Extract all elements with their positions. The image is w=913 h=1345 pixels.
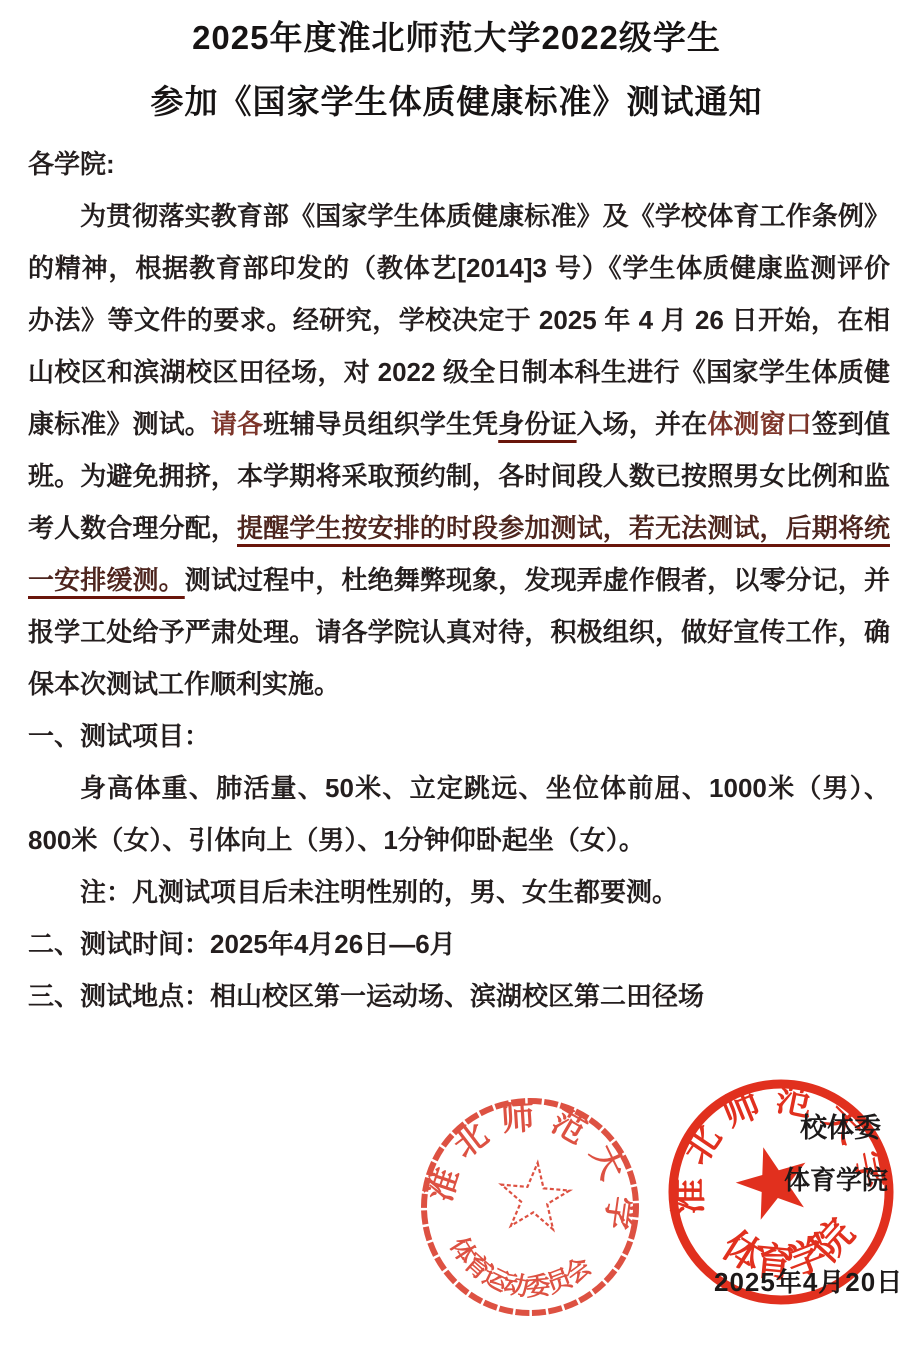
signature-committee: 校体委 [800, 1106, 881, 1145]
stamp-university-arc-text: 淮北师范大学 [656, 1067, 897, 1228]
title-line-2: 参加《国家学生体质健康标准》测试通知 [0, 82, 913, 122]
text-segment: 班辅导员组织学生凭 [263, 409, 498, 439]
stamp-sports-committee-seal: 淮北师范大学 体育运动委员会 [412, 1089, 648, 1329]
section-1-items: 身高体重、肺活量、50米、立定跳远、坐位体前屈、1000米（男）、800米（女）… [28, 762, 890, 866]
signature-date: 2025年4月20日 [714, 1262, 903, 1299]
star-icon [498, 1160, 572, 1231]
salutation: 各学院: [28, 138, 890, 190]
text-segment: 入场，并在 [577, 409, 708, 439]
signature-college: 体育学院 [784, 1160, 888, 1197]
section-3-location: 三、测试地点：相山校区第一运动场、滨湖校区第二田径场 [28, 970, 890, 1022]
emphasis-red: 请各 [211, 409, 263, 439]
stamp-university-arc-text: 淮北师范大学 [418, 1089, 648, 1246]
section-1-heading: 一、测试项目： [28, 710, 890, 762]
text-segment: 为贯彻落实教育部《国家学生体质健康标准》及《学校体育工作条例》的精神，根据教育部… [28, 201, 890, 439]
document-body: 各学院: 为贯彻落实教育部《国家学生体质健康标准》及《学校体育工作条例》的精神，… [28, 138, 890, 1022]
document-title: 2025年度淮北师范大学2022级学生 参加《国家学生体质健康标准》测试通知 [0, 18, 913, 122]
title-line-1: 2025年度淮北师范大学2022级学生 [0, 18, 913, 58]
emphasis-red: 体测窗口 [707, 409, 812, 439]
emphasis-underline: 身份证 [498, 409, 576, 439]
main-paragraph: 为贯彻落实教育部《国家学生体质健康标准》及《学校体育工作条例》的精神，根据教育部… [28, 190, 890, 710]
section-1-note: 注：凡测试项目后未注明性别的，男、女生都要测。 [28, 866, 890, 918]
document-page: 2025年度淮北师范大学2022级学生 参加《国家学生体质健康标准》测试通知 各… [0, 0, 913, 1345]
section-2-time: 二、测试时间：2025年4月26日—6月 [28, 918, 890, 970]
